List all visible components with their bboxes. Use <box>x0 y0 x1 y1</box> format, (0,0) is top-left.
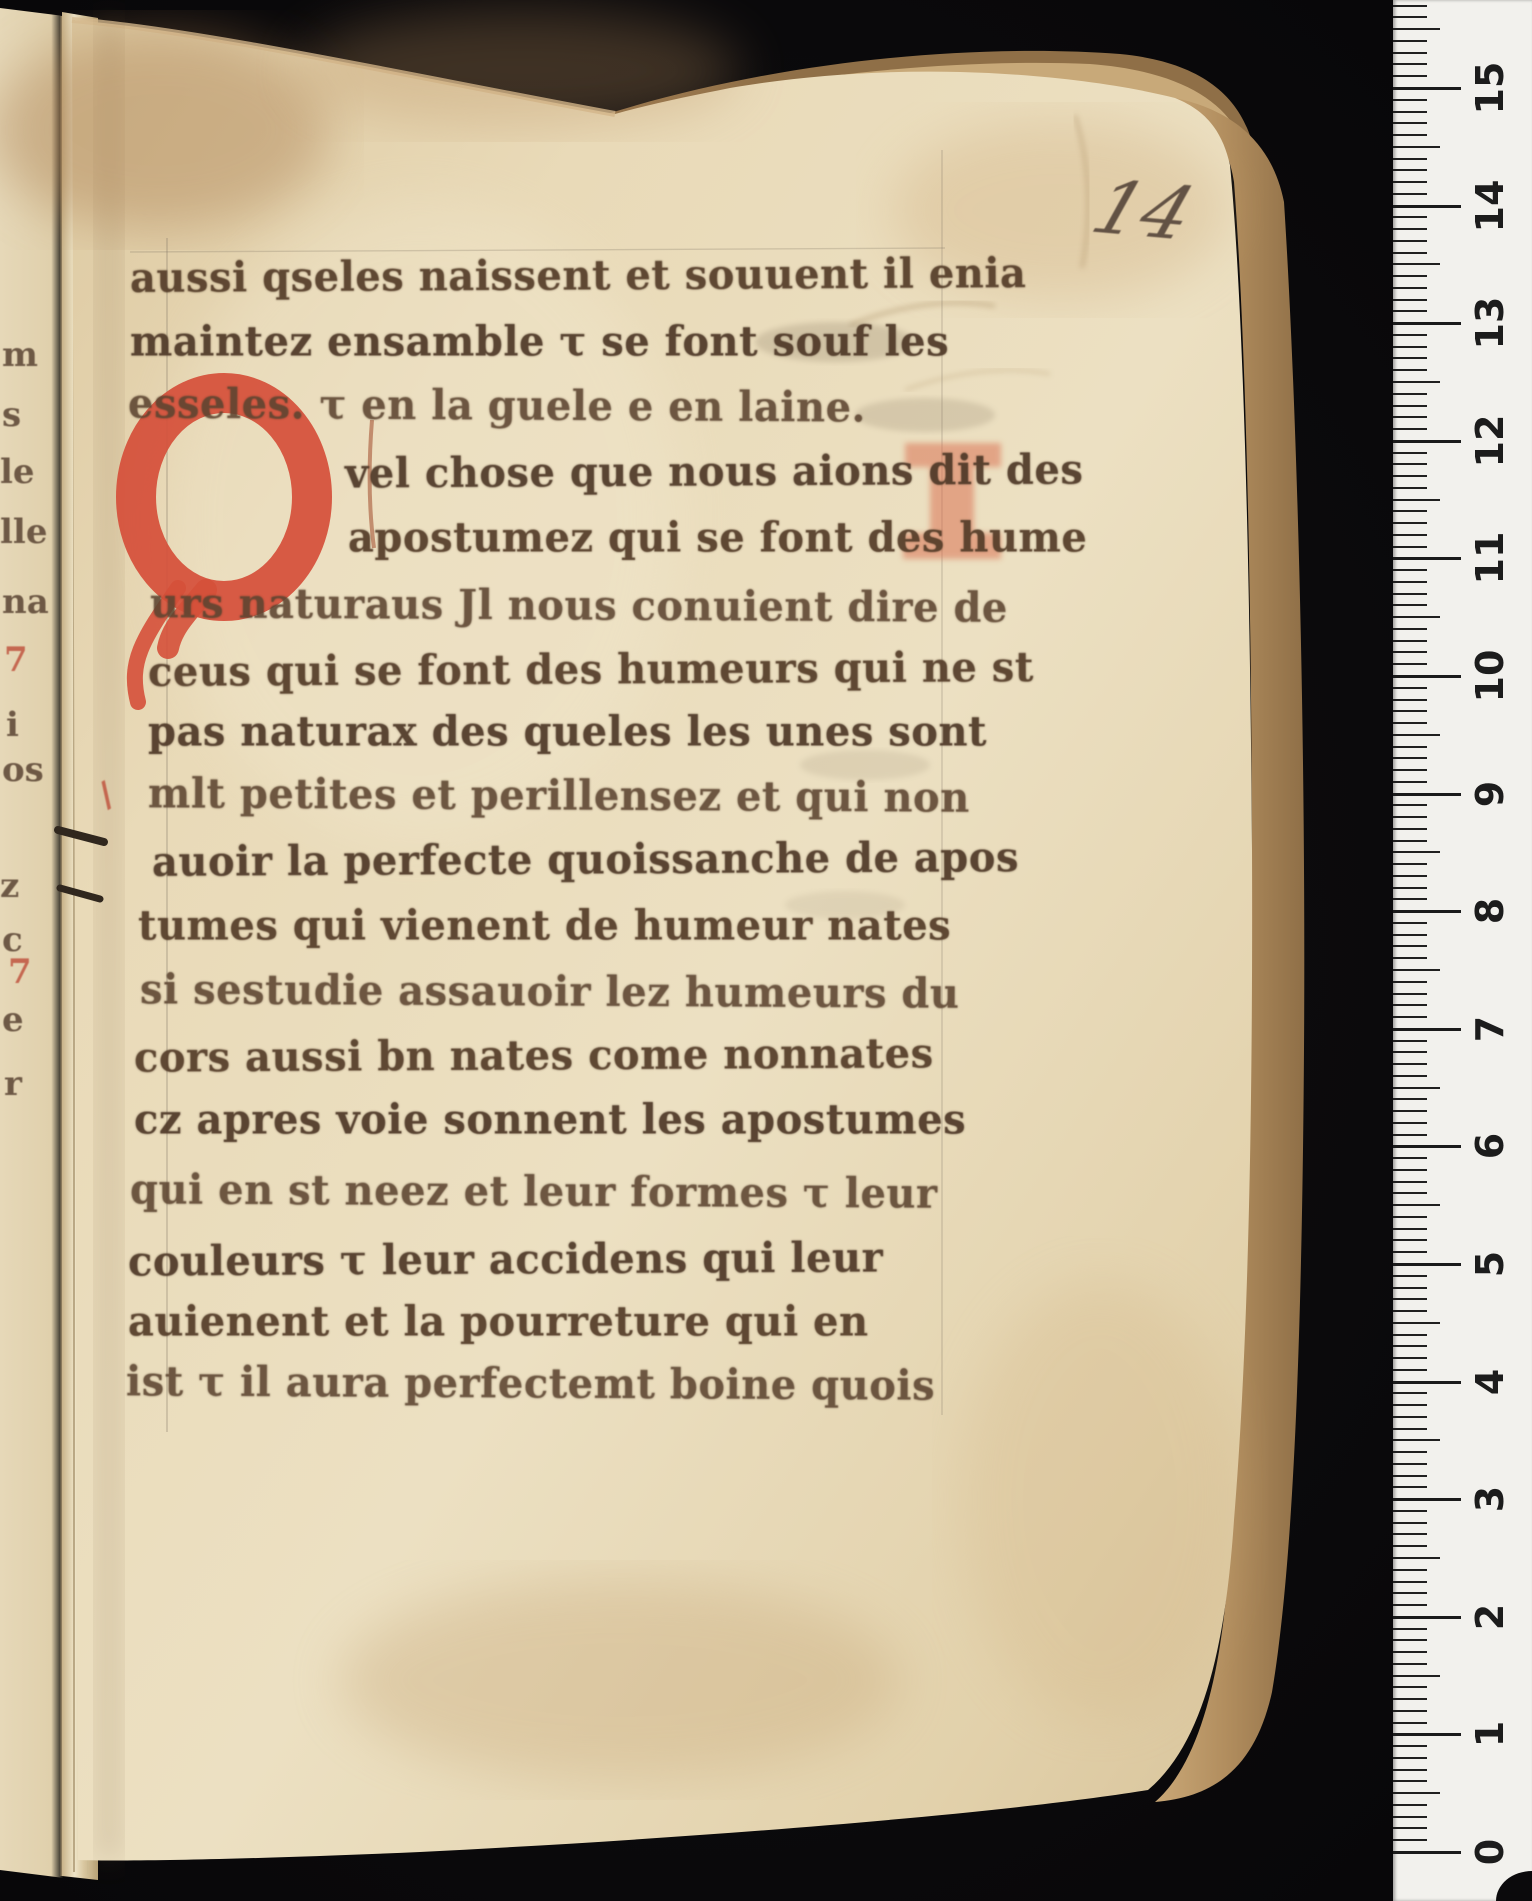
ruler-mm-tick <box>1393 1686 1427 1688</box>
ruler-mm-tick <box>1393 1428 1427 1430</box>
ruler-mm-tick <box>1393 1404 1427 1406</box>
ruler-number: 15 <box>1468 43 1512 133</box>
ruler-mm-tick <box>1393 1745 1427 1747</box>
ruler-mm-tick <box>1393 840 1427 842</box>
ruler-mm-tick <box>1393 216 1427 218</box>
ruler-number: 0 <box>1468 1807 1512 1897</box>
ruler-mm-tick <box>1393 299 1427 301</box>
ruler-mm-tick <box>1393 1098 1427 1100</box>
facing-page-text-fragment: os <box>2 750 44 790</box>
facing-page-text-fragment: r <box>4 1064 22 1104</box>
ruler-mm-tick <box>1393 287 1427 289</box>
ruler-mm-tick <box>1393 957 1427 959</box>
ruler-mm-tick <box>1393 1545 1427 1547</box>
ruler-mm-tick <box>1393 357 1427 359</box>
ruler-cm-tick <box>1393 1851 1461 1854</box>
ruler-mm-tick <box>1393 1639 1427 1641</box>
ruler-mm-tick <box>1393 240 1427 242</box>
ruler-mm-tick <box>1393 252 1427 254</box>
ruler-mm-tick <box>1393 487 1427 489</box>
ruler-mm-tick <box>1393 310 1427 312</box>
facing-page-fragments: mslellena7ioszc7er/ <box>0 0 120 1901</box>
facing-page-text-fragment: i <box>6 705 19 745</box>
ruler-number: 1 <box>1468 1689 1512 1779</box>
facing-page-text-fragment: s <box>2 395 21 435</box>
facing-page-text-fragment: na <box>2 582 49 622</box>
ruler-mm-tick <box>1393 710 1427 712</box>
ruler-mm-tick <box>1393 1110 1427 1112</box>
ruler-number: 12 <box>1468 396 1512 486</box>
ruler-mm-tick <box>1393 781 1427 783</box>
ruler-mm-tick <box>1393 1016 1427 1018</box>
ruler-mm-tick <box>1393 416 1427 418</box>
ruler-mm-tick <box>1393 898 1427 900</box>
facing-page-text-fragment: m <box>2 335 38 375</box>
facing-page-text-fragment: le <box>0 452 35 492</box>
ruler-mm-tick <box>1393 1357 1427 1359</box>
ruler-cm-tick <box>1393 910 1461 913</box>
ruler-mm-tick <box>1393 1816 1427 1818</box>
ruler-mm-tick <box>1393 1651 1427 1653</box>
facing-page-text-fragment: 7 <box>4 640 28 680</box>
ruler-cm-tick <box>1393 1498 1461 1501</box>
ruler-mm-tick <box>1393 1181 1427 1183</box>
ruler-mm-tick <box>1393 1757 1427 1759</box>
ruler-mm-tick <box>1393 275 1427 277</box>
ruler-mm-tick <box>1393 969 1440 971</box>
ruler-mm-tick <box>1393 1416 1427 1418</box>
ruler-mm-tick <box>1393 1663 1427 1665</box>
ruler-cm-tick <box>1393 205 1461 208</box>
ruler-mm-tick <box>1393 640 1427 642</box>
ruler-mm-tick <box>1393 1710 1427 1712</box>
ruler-mm-tick <box>1393 875 1427 877</box>
ruler-mm-tick <box>1393 1569 1427 1571</box>
ruler-mm-tick <box>1393 851 1440 853</box>
ruler-mm-tick <box>1393 1698 1427 1700</box>
ruler-mm-tick <box>1393 1192 1427 1194</box>
ruler-number: 5 <box>1468 1219 1512 1309</box>
ruler-cm-tick <box>1393 557 1461 560</box>
ruler-mm-tick <box>1393 1592 1427 1594</box>
ruler-mm-tick <box>1393 1392 1427 1394</box>
ruler-number: 8 <box>1468 866 1512 956</box>
ruler-number: 9 <box>1468 749 1512 839</box>
ruler-mm-tick <box>1393 1075 1427 1077</box>
facing-page-text-fragment: e <box>2 1000 24 1040</box>
ruler-mm-tick <box>1393 1722 1427 1724</box>
ruler-mm-tick <box>1393 804 1427 806</box>
ruler-mm-tick <box>1393 169 1427 171</box>
ruler-mm-tick <box>1393 99 1427 101</box>
ruler-mm-tick <box>1393 510 1427 512</box>
ruler-cm-tick <box>1393 87 1461 90</box>
ruler-mm-tick <box>1393 1533 1427 1535</box>
ruler-mm-tick <box>1393 181 1427 183</box>
ruler-cm-tick <box>1393 1028 1461 1031</box>
ruler-mm-tick <box>1393 828 1427 830</box>
ruler-mm-tick <box>1393 616 1440 618</box>
ruler-mm-tick <box>1393 1169 1427 1171</box>
ruler-mm-tick <box>1393 346 1427 348</box>
ruler-mm-tick <box>1393 757 1427 759</box>
ruler-mm-tick <box>1393 393 1427 395</box>
ruler-cm-tick <box>1393 1263 1461 1266</box>
ruler-mm-tick <box>1393 769 1427 771</box>
ruler-mm-tick <box>1393 1486 1427 1488</box>
ruler-mm-tick <box>1393 1827 1427 1829</box>
ruler-mm-tick <box>1393 581 1427 583</box>
ruler-number: 14 <box>1468 161 1512 251</box>
ruler-mm-tick <box>1393 228 1427 230</box>
ruler-mm-tick <box>1393 134 1427 136</box>
ruler-mm-tick <box>1393 1134 1427 1136</box>
ruler-mm-tick <box>1393 887 1427 889</box>
ruler-mm-tick <box>1393 1792 1440 1794</box>
ruler-mm-tick <box>1393 1510 1427 1512</box>
ruler-mm-tick <box>1393 1087 1440 1089</box>
ruler-mm-tick <box>1393 1310 1427 1312</box>
ruler-mm-tick <box>1393 1239 1427 1241</box>
ruler-mm-tick <box>1393 1439 1440 1441</box>
ruler-mm-tick <box>1393 5 1427 7</box>
ruler-mm-tick <box>1393 945 1427 947</box>
ruler-mm-tick <box>1393 981 1427 983</box>
ruler-mm-tick <box>1393 193 1427 195</box>
ruler-mm-tick <box>1393 993 1427 995</box>
ruler-mm-tick <box>1393 522 1427 524</box>
ruler-mm-tick <box>1393 734 1440 736</box>
ruler-mm-tick <box>1393 428 1427 430</box>
ruler-mm-tick <box>1393 40 1427 42</box>
ruler-mm-tick <box>1393 628 1427 630</box>
ruler-number: 13 <box>1468 278 1512 368</box>
ruler-mm-tick <box>1393 369 1427 371</box>
ruler-mm-tick <box>1393 604 1427 606</box>
ruler-mm-tick <box>1393 158 1427 160</box>
ruler-mm-tick <box>1393 816 1427 818</box>
ruler-mm-tick <box>1393 146 1440 148</box>
ruler-mm-tick <box>1393 381 1440 383</box>
ruler-mm-tick <box>1393 1463 1427 1465</box>
facing-page-text-fragment: 7 <box>8 952 32 992</box>
ruler-mm-tick <box>1393 1581 1427 1583</box>
ruler-mm-tick <box>1393 1287 1427 1289</box>
ruler-mm-tick <box>1393 1628 1427 1630</box>
ruler-mm-tick <box>1393 452 1427 454</box>
ruler-number: 6 <box>1468 1101 1512 1191</box>
ruler-mm-tick <box>1393 28 1440 30</box>
ruler-mm-tick <box>1393 1251 1427 1253</box>
ruler-mm-tick <box>1393 263 1440 265</box>
ruler-mm-tick <box>1393 499 1440 501</box>
ruler-mm-tick <box>1393 1369 1427 1371</box>
ruler-mm-tick <box>1393 863 1427 865</box>
ruler-number: 11 <box>1468 513 1512 603</box>
ruler-mm-tick <box>1393 569 1427 571</box>
ruler-mm-tick <box>1393 111 1427 113</box>
ruler-mm-tick <box>1393 63 1427 65</box>
ruler-mm-tick <box>1393 722 1427 724</box>
ruler-mm-tick <box>1393 1004 1427 1006</box>
ruler-mm-tick <box>1393 651 1427 653</box>
ruler-cm-tick <box>1393 1381 1461 1384</box>
ruler: 0123456789101112131415 <box>1393 0 1532 1901</box>
ruler-mm-tick <box>1393 1604 1427 1606</box>
ruler-mm-tick <box>1393 405 1427 407</box>
ruler-mm-tick <box>1393 1804 1427 1806</box>
ruler-cm-tick <box>1393 1733 1461 1736</box>
ruler-cm-tick <box>1393 1145 1461 1148</box>
ruler-mm-tick <box>1393 1298 1427 1300</box>
ruler-mm-tick <box>1393 1334 1427 1336</box>
ruler-mm-tick <box>1393 593 1427 595</box>
ruler-mm-tick <box>1393 1204 1440 1206</box>
ruler-mm-tick <box>1393 534 1427 536</box>
ruler-mm-tick <box>1393 1780 1427 1782</box>
ruler-cm-tick <box>1393 440 1461 443</box>
ruler-mm-tick <box>1393 1839 1427 1841</box>
ruler-mm-tick <box>1393 1228 1427 1230</box>
ruler-mm-tick <box>1393 1122 1427 1124</box>
ruler-mm-tick <box>1393 1475 1427 1477</box>
ruler-cm-tick <box>1393 793 1461 796</box>
ruler-mm-tick <box>1393 699 1427 701</box>
ruler-mm-tick <box>1393 1451 1427 1453</box>
ruler-mm-tick <box>1393 1216 1427 1218</box>
ruler-mm-tick <box>1393 16 1427 18</box>
ruler-mm-tick <box>1393 1275 1427 1277</box>
ruler-number: 7 <box>1468 984 1512 1074</box>
ruler-mm-tick <box>1393 75 1427 77</box>
ruler-mm-tick <box>1393 1769 1427 1771</box>
ruler-number: 3 <box>1468 1454 1512 1544</box>
ruler-number: 10 <box>1468 631 1512 721</box>
ruler-mm-tick <box>1393 934 1427 936</box>
facing-page-text-fragment: z <box>0 866 19 906</box>
ruler-mm-tick <box>1393 1345 1427 1347</box>
ruler-mm-tick <box>1393 1040 1427 1042</box>
ruler-mm-tick <box>1393 1557 1440 1559</box>
ruler-mm-tick <box>1393 1051 1427 1053</box>
ruler-cm-tick <box>1393 1616 1461 1619</box>
ruler-cm-tick <box>1393 322 1461 325</box>
ruler-cm-tick <box>1393 675 1461 678</box>
ruler-mm-tick <box>1393 546 1427 548</box>
manuscript-book <box>0 0 1532 1901</box>
ruler-mm-tick <box>1393 52 1427 54</box>
ruler-mm-tick <box>1393 122 1427 124</box>
ruler-mm-tick <box>1393 1675 1440 1677</box>
ruler-mm-tick <box>1393 475 1427 477</box>
ruler-mm-tick <box>1393 463 1427 465</box>
ruler-mm-tick <box>1393 746 1427 748</box>
ruler-mm-tick <box>1393 1157 1427 1159</box>
ruler-mm-tick <box>1393 1522 1427 1524</box>
ruler-mm-tick <box>1393 922 1427 924</box>
ruler-mm-tick <box>1393 663 1427 665</box>
ruler-mm-tick <box>1393 1322 1440 1324</box>
ruler-number: 2 <box>1468 1572 1512 1662</box>
facing-page-text-fragment: / <box>91 775 122 816</box>
ruler-mm-tick <box>1393 687 1427 689</box>
facing-page-text-fragment: lle <box>0 512 47 552</box>
photo-canvas: aussi qseles naissent et souuent il enia… <box>0 0 1532 1901</box>
ruler-mm-tick <box>1393 1063 1427 1065</box>
ruler-number: 4 <box>1468 1337 1512 1427</box>
ruler-mm-tick <box>1393 334 1427 336</box>
